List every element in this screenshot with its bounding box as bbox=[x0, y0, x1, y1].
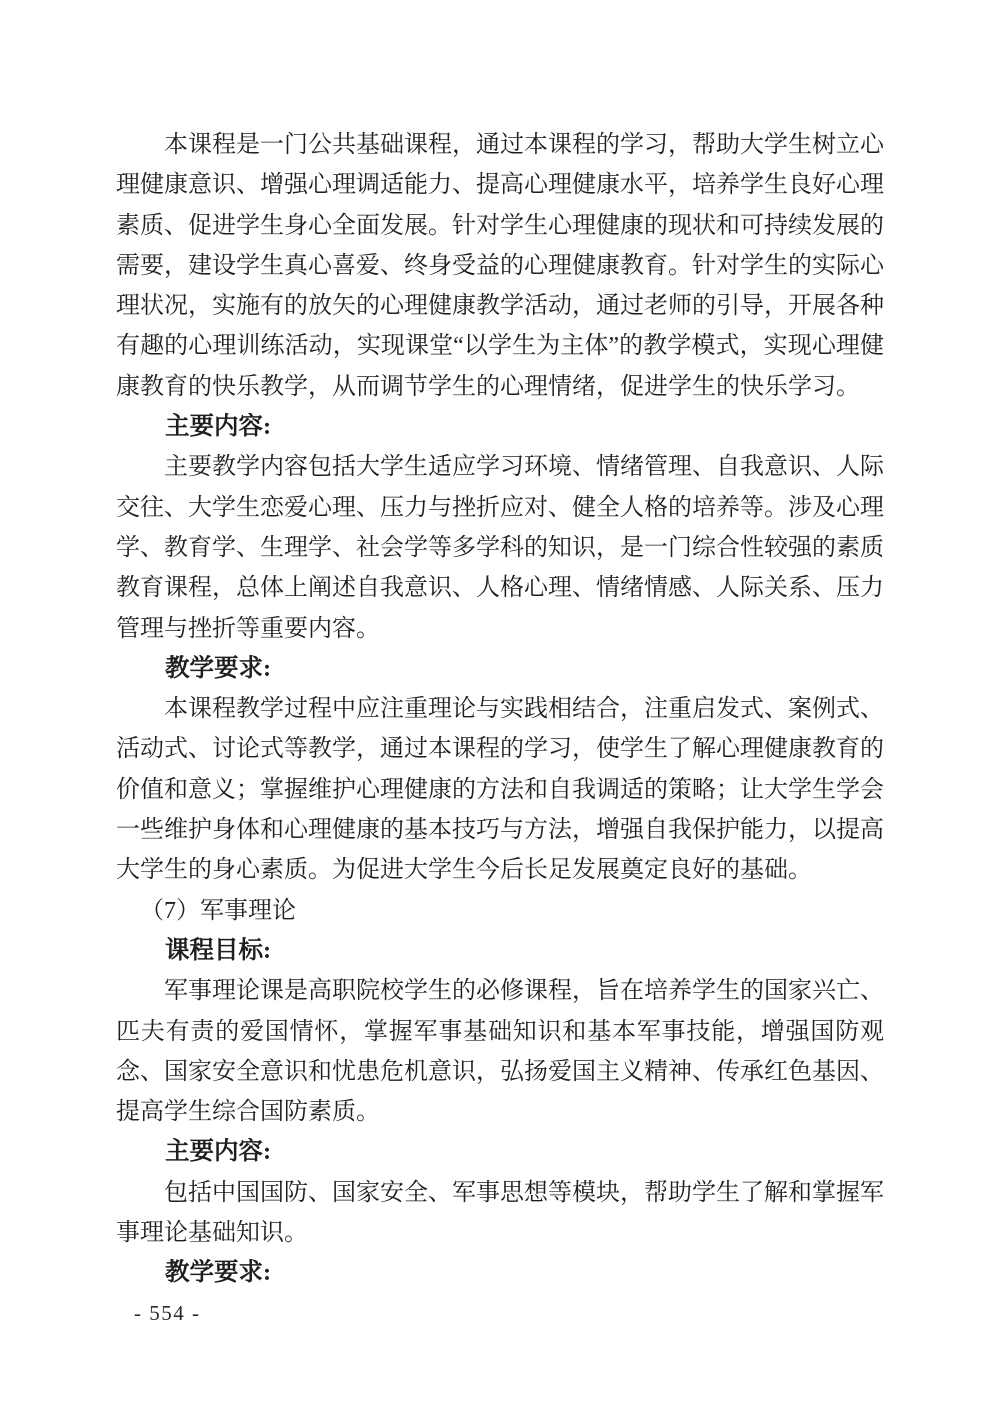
heading-main-content-military: 主要内容: bbox=[116, 1132, 884, 1172]
heading-main-content-psych: 主要内容: bbox=[116, 407, 884, 447]
para-military-course-objectives: 军事理论课是高职院校学生的必修课程，旨在培养学生的国家兴亡、匹夫有责的爱国情怀，… bbox=[116, 971, 884, 1132]
para-psych-main-content: 主要教学内容包括大学生适应学习环境、情绪管理、自我意识、人际交往、大学生恋爱心理… bbox=[116, 447, 884, 648]
heading-course-objectives-military: 课程目标: bbox=[116, 931, 884, 971]
document-body: 本课程是一门公共基础课程，通过本课程的学习，帮助大学生树立心理健康意识、增强心理… bbox=[116, 125, 884, 1294]
para-military-main-content: 包括中国国防、国家安全、军事思想等模块，帮助学生了解和掌握军事理论基础知识。 bbox=[116, 1173, 884, 1254]
subsection-title-military-theory: （7）军事理论 bbox=[116, 891, 884, 931]
para-psych-teaching-requirements: 本课程教学过程中应注重理论与实践相结合，注重启发式、案例式、活动式、讨论式等教学… bbox=[116, 689, 884, 890]
document-page: 本课程是一门公共基础课程，通过本课程的学习，帮助大学生树立心理健康意识、增强心理… bbox=[0, 0, 1000, 1414]
page-number: - 554 - bbox=[134, 1301, 201, 1325]
heading-teaching-requirements-military: 教学要求: bbox=[116, 1253, 884, 1293]
para-psych-course-intro: 本课程是一门公共基础课程，通过本课程的学习，帮助大学生树立心理健康意识、增强心理… bbox=[116, 125, 884, 407]
heading-teaching-requirements-psych: 教学要求: bbox=[116, 649, 884, 689]
